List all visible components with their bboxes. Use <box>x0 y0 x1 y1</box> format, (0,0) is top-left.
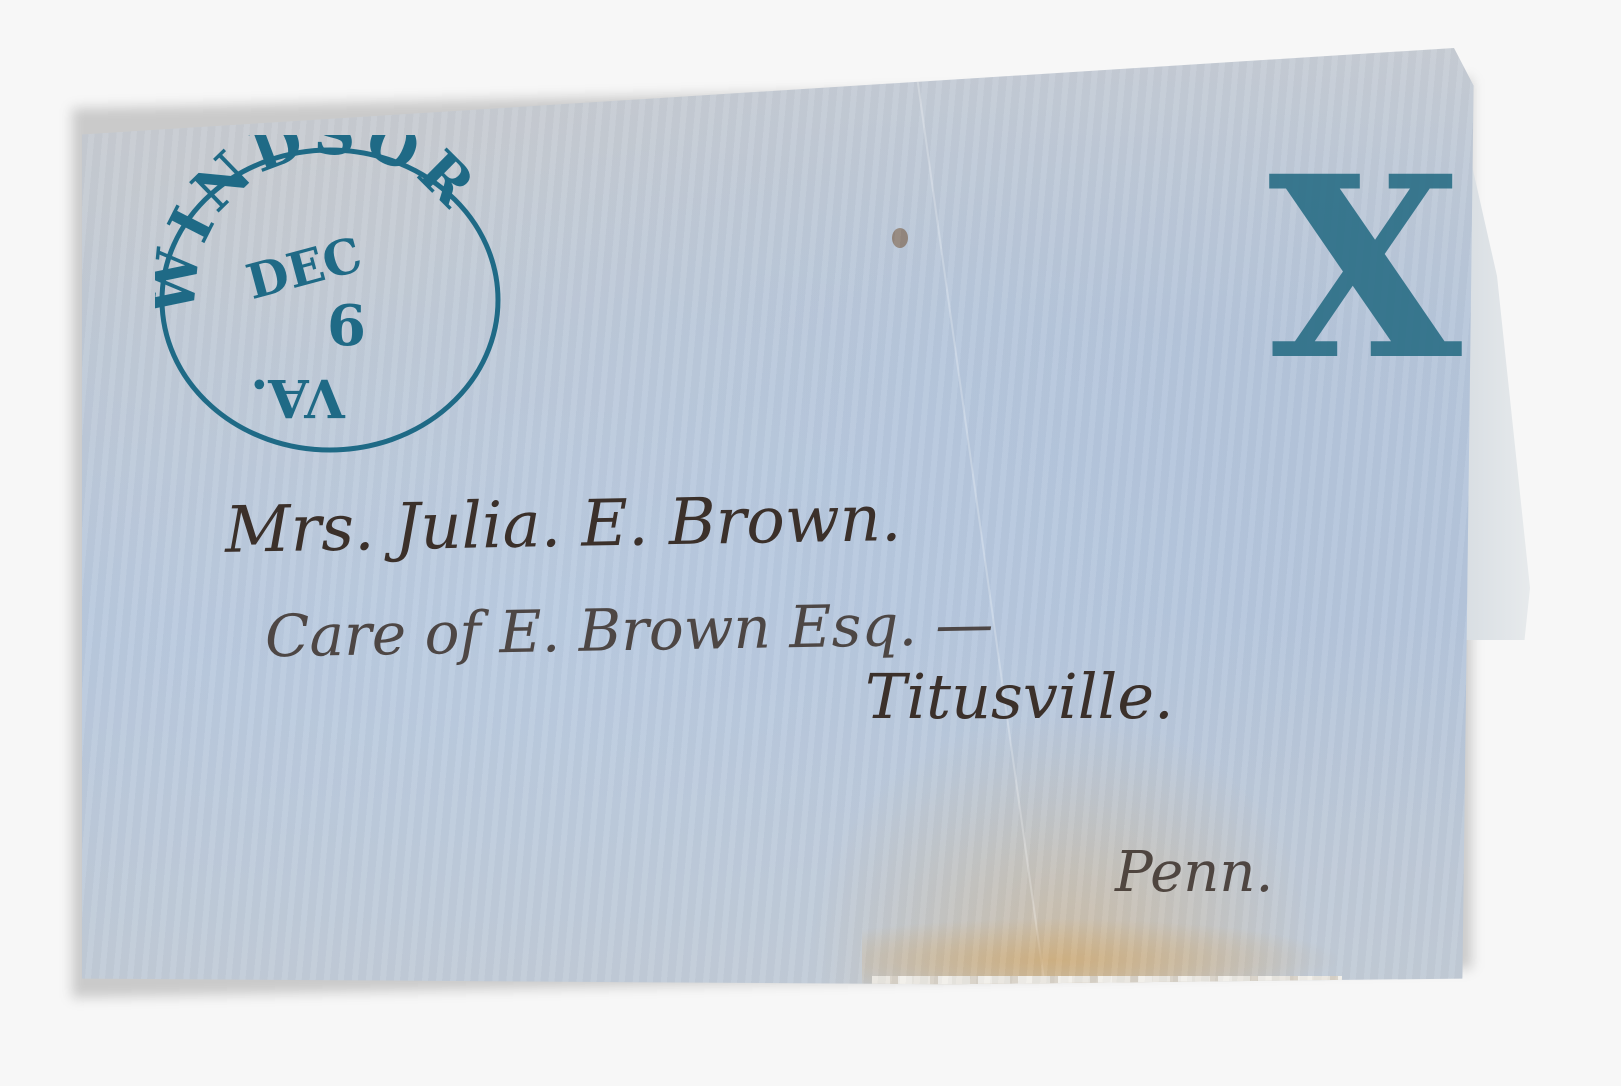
rate-mark: X <box>1250 168 1480 383</box>
address-line-1: Mrs. Julia. E. Brown. <box>224 482 901 568</box>
postmark-state: VA. <box>250 367 346 428</box>
torn-bottom-edge <box>872 976 1342 988</box>
postmark-day: 6 <box>327 293 366 359</box>
address-line-2: Care of E. Brown Esq. — <box>264 590 993 671</box>
address-line-4: Penn. <box>1115 840 1273 905</box>
foxing-stain <box>862 918 1342 988</box>
address-line-3: Titusville. <box>865 660 1174 733</box>
fold-crease <box>912 48 1045 979</box>
postmark: WINDSOR DEC 6 VA. <box>155 135 505 455</box>
seal-tear <box>892 228 908 248</box>
